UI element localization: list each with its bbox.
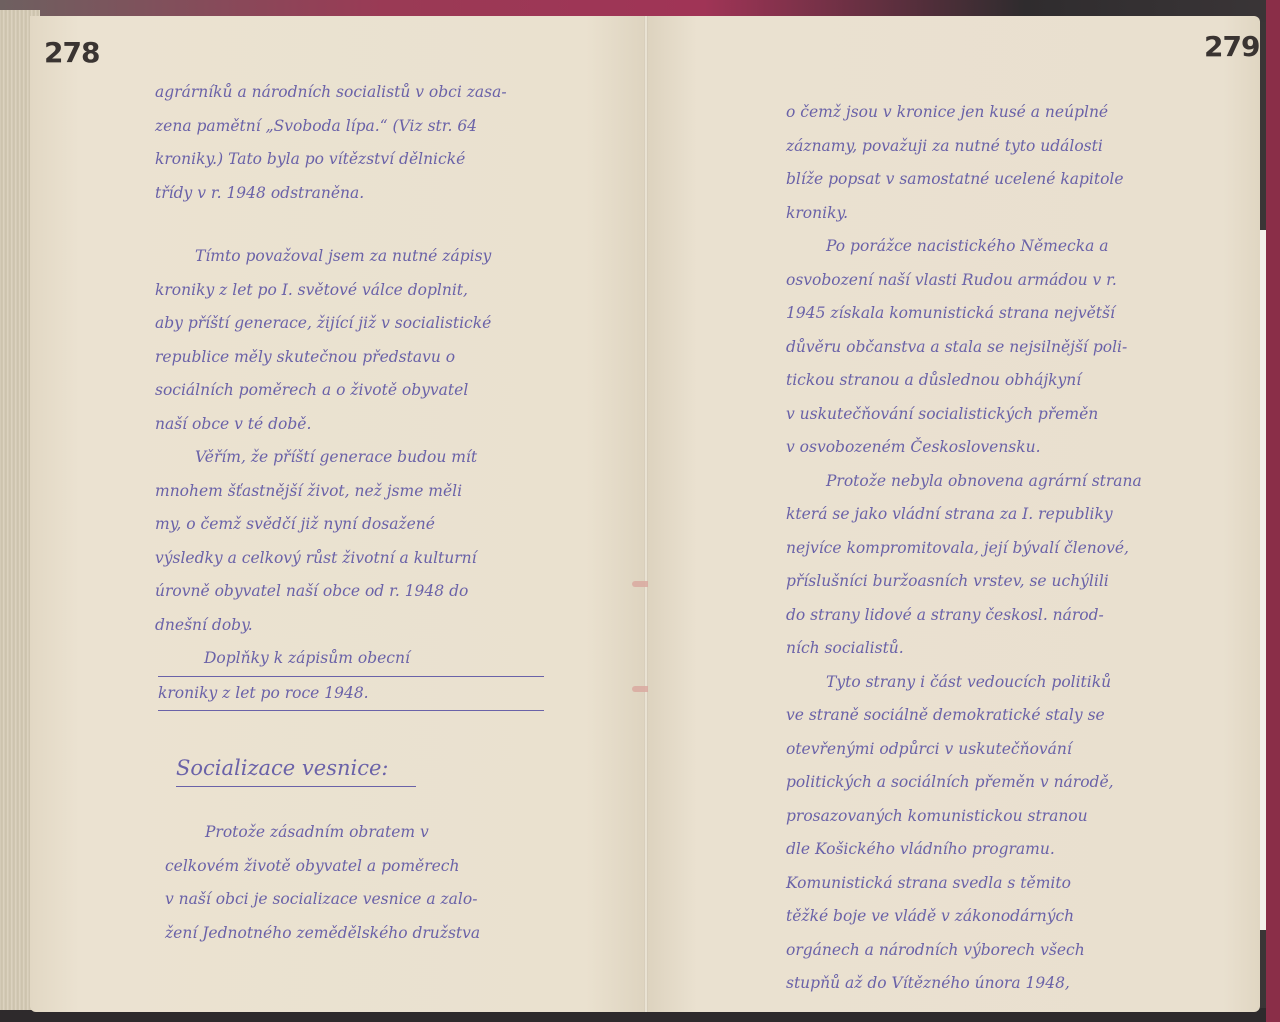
text-line: výsledky a celkový růst životní a kultur… (155, 542, 507, 576)
text-line: v uskutečňování socialistických přeměn (786, 398, 1142, 432)
text-line: osvobození naší vlasti Rudou armádou v r… (786, 264, 1142, 298)
text-line: republice měly skutečnou představu o (155, 341, 507, 375)
page-number-right: 279 (1204, 30, 1259, 63)
text-line: politických a sociálních přeměn v národě… (786, 766, 1142, 800)
text-line: zena pamětní „Svoboda lípa.“ (Viz str. 6… (155, 110, 507, 144)
text-line: kroniky z let po I. světové válce doplni… (155, 274, 507, 308)
text-line: Protože zásadním obratem v (165, 816, 480, 850)
text-line: těžké boje ve vládě v zákonodárných (786, 900, 1142, 934)
text-line: sociálních poměrech a o životě obyvatel (155, 374, 507, 408)
section-heading-supplements: Doplňky k zápisům obecní kroniky z let p… (158, 642, 544, 711)
section-heading-socialization: Socializace vesnice: (176, 752, 416, 787)
heading-line: Doplňky k zápisům obecní (158, 642, 544, 677)
text-line: blíže popsat v samostatné ucelené kapito… (786, 163, 1142, 197)
text-line: aby příští generace, žijící již v social… (155, 307, 507, 341)
text-line: tickou stranou a důslednou obhájkyní (786, 364, 1142, 398)
heading-line: kroniky z let po roce 1948. (158, 677, 544, 712)
text-line: Věřím, že příští generace budou mít (155, 441, 507, 475)
text-line: orgánech a národních výborech všech (786, 934, 1142, 968)
text-line: Tímto považoval jsem za nutné zápisy (155, 240, 507, 274)
text-line: ních socialistů. (786, 632, 1142, 666)
text-line: nejvíce kompromitovala, její bývalí člen… (786, 532, 1142, 566)
page-number-left: 278 (44, 36, 99, 69)
text-line: 1945 získala komunistická strana největš… (786, 297, 1142, 331)
text-line: Po porážce nacistického Německa a (786, 230, 1142, 264)
text-line: úrovně obyvatel naší obce od r. 1948 do (155, 575, 507, 609)
text-line: žení Jednotného zemědělského družstva (165, 917, 480, 951)
text-line: důvěru občanstva a stala se nejsilnější … (786, 331, 1142, 365)
text-line: Komunistická strana svedla s těmito (786, 867, 1142, 901)
text-line: ve straně sociálně demokratické staly se (786, 699, 1142, 733)
text-line: která se jako vládní strana za I. republ… (786, 498, 1142, 532)
text-line: třídy v r. 1948 odstraněna. (155, 177, 507, 211)
text-line: agrárníků a národních socialistů v obci … (155, 76, 507, 110)
text-line: záznamy, považuji za nutné tyto události (786, 130, 1142, 164)
text-line: kroniky. (786, 197, 1142, 231)
text-line: dle Košického vládního programu. (786, 833, 1142, 867)
text-line: příslušníci buržoasních vrstev, se uchýl… (786, 565, 1142, 599)
text-line: prosazovaných komunistickou stranou (786, 800, 1142, 834)
text-line: my, o čemž svědčí již nyní dosažené (155, 508, 507, 542)
text-line: Protože nebyla obnovena agrární strana (786, 465, 1142, 499)
text-line: stupňů až do Vítězného února 1948, (786, 967, 1142, 1001)
text-line: otevřenými odpůrci v uskutečňování (786, 733, 1142, 767)
left-page-text: agrárníků a národních socialistů v obci … (155, 76, 507, 642)
text-line: dnešní doby. (155, 609, 507, 643)
text-line: do strany lidové a strany českosl. národ… (786, 599, 1142, 633)
right-page-text: o čemž jsou v kronice jen kusé a neúplné… (786, 96, 1142, 1001)
left-page-closing-text: Protože zásadním obratem v celkovém živo… (165, 816, 480, 950)
text-line: o čemž jsou v kronice jen kusé a neúplné (786, 96, 1142, 130)
text-line: v osvobozeném Československu. (786, 431, 1142, 465)
book-cover-right (1266, 0, 1280, 1022)
text-line: Tyto strany i část vedoucích politiků (786, 666, 1142, 700)
text-line: mnohem šťastnější život, než jsme měli (155, 475, 507, 509)
text-line: celkovém životě obyvatel a poměrech (165, 850, 480, 884)
text-line: naší obce v té době. (155, 408, 507, 442)
text-line: v naší obci je socializace vesnice a zal… (165, 883, 480, 917)
text-line: kroniky.) Tato byla po vítězství dělnick… (155, 143, 507, 177)
